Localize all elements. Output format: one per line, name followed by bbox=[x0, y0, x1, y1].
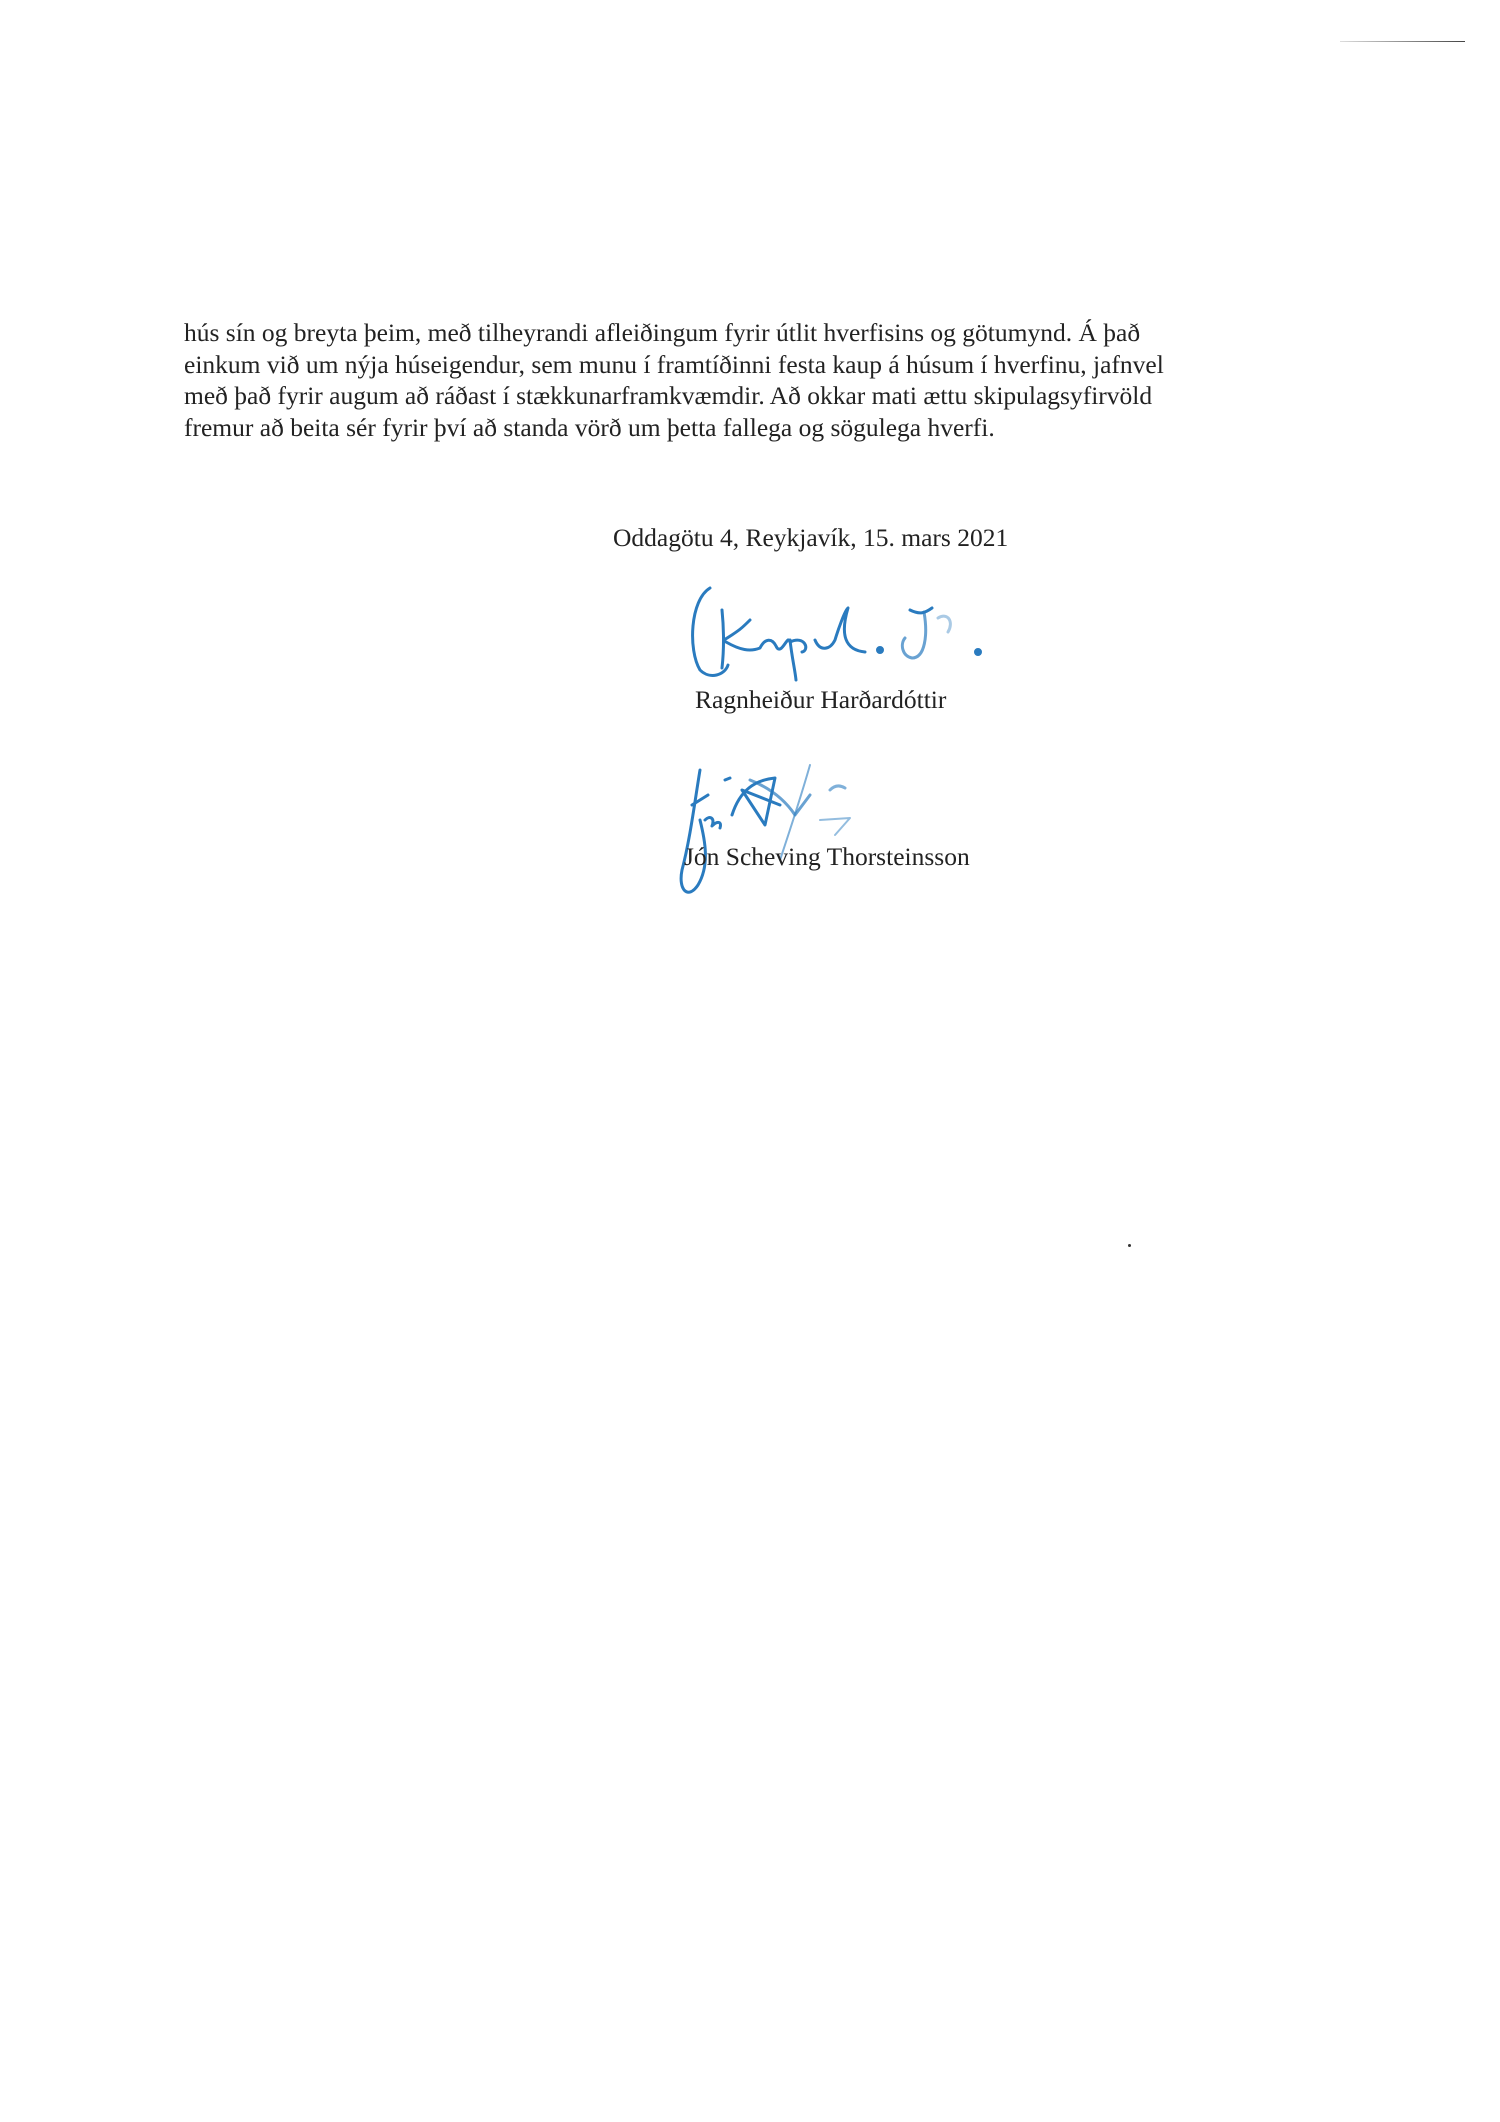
body-line: hús sín og breyta þeim, með tilheyrandi … bbox=[184, 317, 1314, 349]
body-line: fremur að beita sér fyrir því að standa … bbox=[184, 412, 1314, 444]
place-date: Oddagötu 4, Reykjavík, 15. mars 2021 bbox=[613, 523, 1008, 553]
letter-body: hús sín og breyta þeim, með tilheyrandi … bbox=[184, 317, 1314, 443]
signatory-name: Ragnheiður Harðardóttir bbox=[695, 685, 946, 715]
signature-icon bbox=[670, 760, 920, 910]
signatory-name: Jón Scheving Thorsteinsson bbox=[684, 842, 970, 872]
signature-icon bbox=[680, 580, 1000, 690]
body-line: einkum við um nýja húseigendur, sem munu… bbox=[184, 349, 1314, 381]
body-line: með það fyrir augum að ráðast í stækkuna… bbox=[184, 380, 1314, 412]
scan-artifact-line bbox=[1340, 41, 1465, 42]
scan-speck bbox=[1128, 1244, 1131, 1247]
